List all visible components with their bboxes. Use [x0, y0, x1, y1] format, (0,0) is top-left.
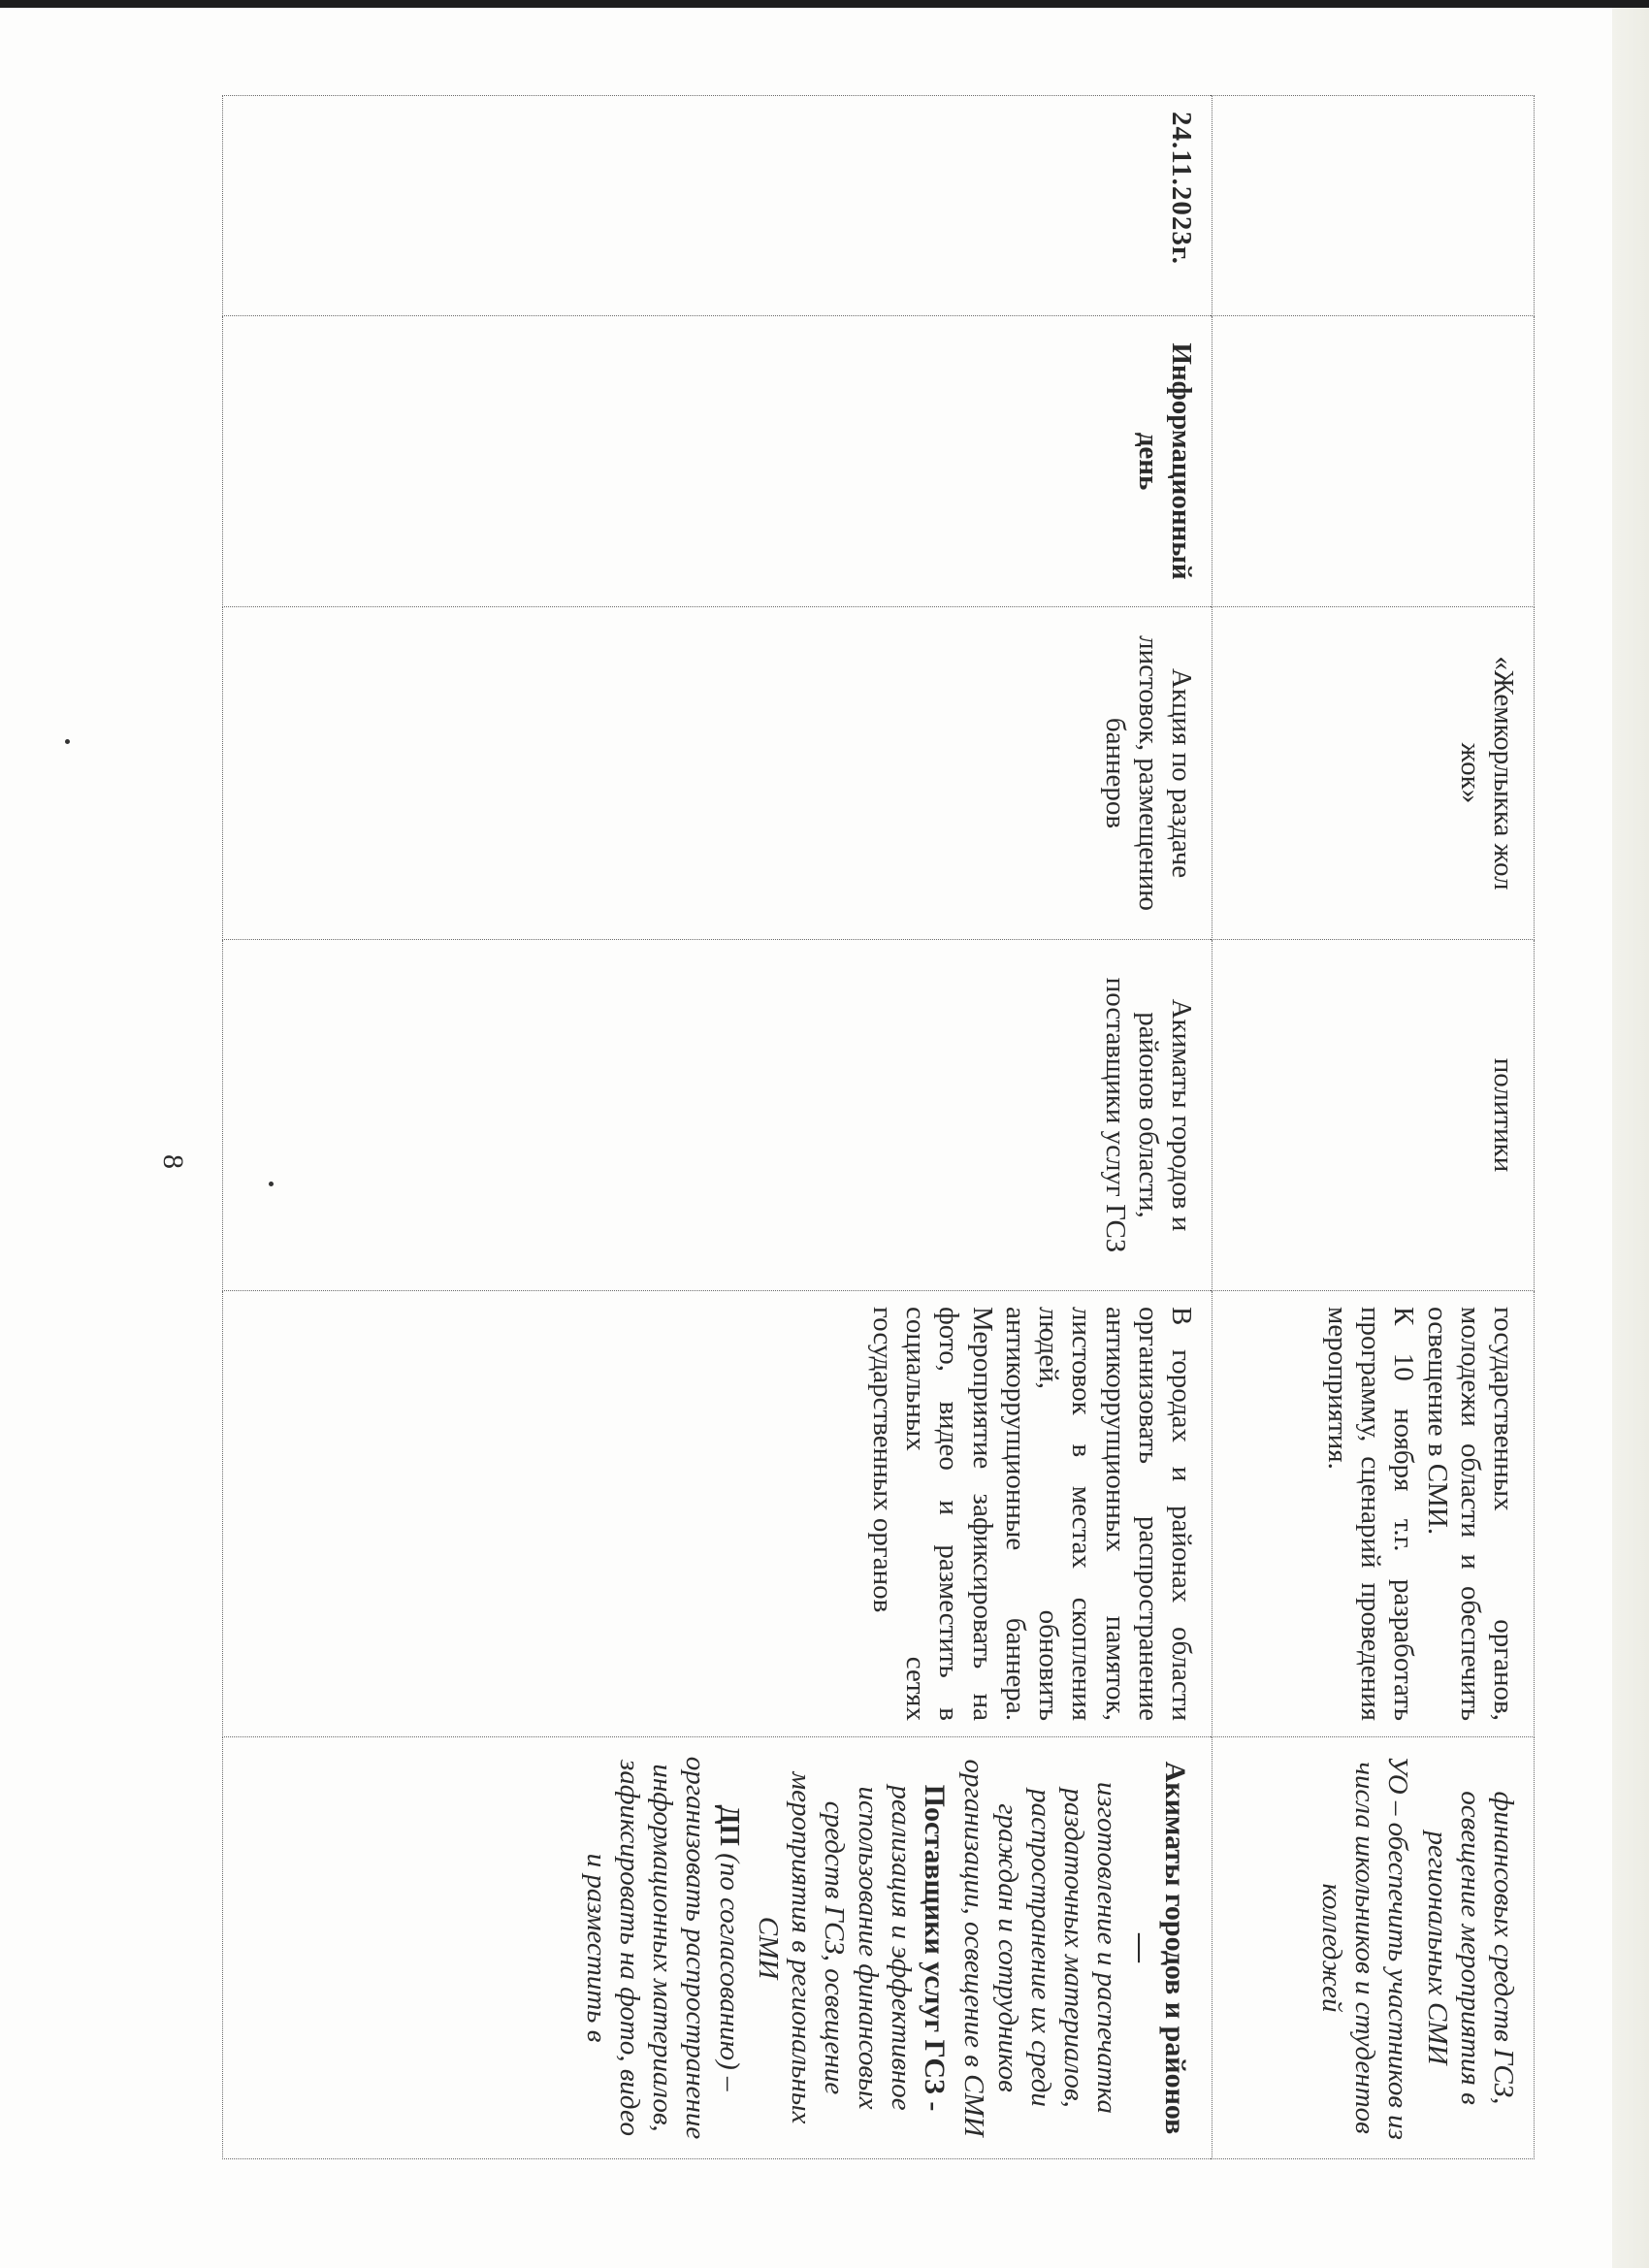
- table-row-continuation: «Жемкорлыкка жол жок» политики государст…: [1212, 96, 1535, 2159]
- executors-dp-heading: ДП: [714, 1804, 745, 1846]
- table-row-date: 24.11.2023г. Информационный день Акция п…: [223, 96, 1212, 2159]
- document-page: «Жемкорлыкка жол жок» политики государст…: [0, 0, 1649, 2268]
- scan-speck: [65, 739, 70, 744]
- executors-gsz-heading: Поставщики услуг ГСЗ -: [918, 1753, 952, 2143]
- cell-event-description: «Жемкорлыкка жол жок»: [1212, 607, 1535, 940]
- cell-actions: государственных органов, молодежи област…: [1212, 1291, 1535, 1737]
- page-number: 8: [156, 1154, 189, 1169]
- event-plan-table: «Жемкорлыкка жол жок» политики государст…: [222, 95, 1535, 2159]
- cell-event-type: Информационный день: [223, 316, 1212, 607]
- scan-speck: [269, 1182, 274, 1186]
- cell-executors: финансовых средств ГСЗ, освещение меропр…: [1212, 1737, 1535, 2159]
- cell-executors: Акиматы городов и районов — изготовление…: [223, 1737, 1212, 2159]
- cell-actions: В городах и районах области организовать…: [223, 1291, 1212, 1737]
- executors-uo-text: УО – обеспечить участников из числа школ…: [1315, 1753, 1415, 2143]
- cell-event-description: Акция по раздаче листовок, размещению ба…: [223, 607, 1212, 940]
- executors-gsz-text: финансовых средств ГСЗ, освещение меропр…: [1420, 1753, 1520, 2143]
- executors-akimats-heading: Акиматы городов и районов —: [1123, 1753, 1192, 2143]
- executors-akimats-text: изготовление и распечатка раздаточных ма…: [957, 1753, 1123, 2143]
- executors-dp: ДП (по согласованию) – организовать расп…: [580, 1753, 746, 2143]
- cell-event-type: [1212, 316, 1535, 607]
- cell-responsible: политики: [1212, 940, 1535, 1291]
- cell-responsible: Акиматы городов и районов области, поста…: [223, 940, 1212, 1291]
- cell-date: 24.11.2023г.: [223, 96, 1212, 316]
- cell-date: [1212, 96, 1535, 316]
- executors-gsz-text: реализация и эффективное использование ф…: [752, 1753, 918, 2143]
